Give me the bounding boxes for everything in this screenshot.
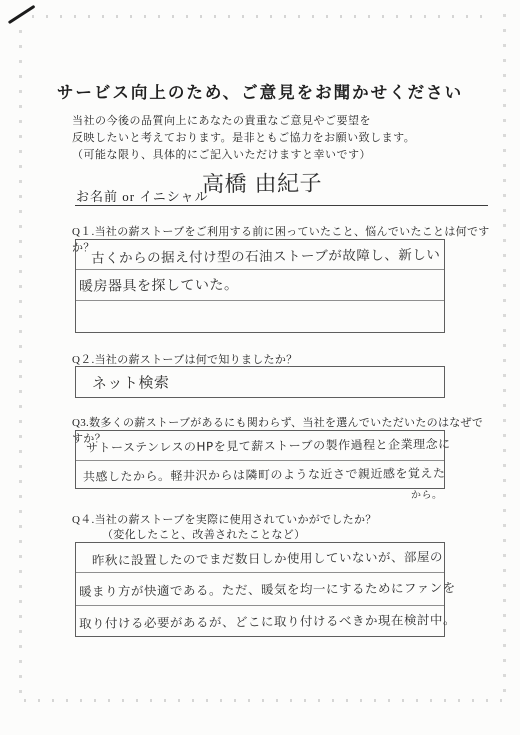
name-field-label: お名前 or イニシャル	[76, 186, 209, 205]
form-title: サービス向上のため、ご意見をお聞かせください	[0, 79, 520, 103]
answer-row: 古くからの据え付け型の石油ストーブが故障し、新しい	[76, 240, 444, 270]
answer-row: 共感したから。軽井沢からは隣町のような近さで親近感を覚えた から。	[76, 461, 444, 488]
question-4-sublabel: （変化したこと、改善されたことなど）	[102, 526, 482, 542]
question-4-answer-box: 昨秋に設置したのでまだ数日しか使用していないが、部屋の 暖まり方が快適である。た…	[75, 542, 445, 637]
question-3-answer-line-2: 共感したから。軽井沢からは隣町のような近さで親近感を覚えた	[76, 464, 446, 485]
intro-line-1: 当社の今後の品質向上にあなたの貴重なご意見やご要望を	[72, 113, 415, 130]
answer-row-empty	[76, 301, 444, 331]
edge-marks-right	[503, 14, 506, 696]
form-intro: 当社の今後の品質向上にあなたの貴重なご意見やご要望を 反映したいと考えております…	[72, 113, 415, 164]
name-field-underline	[75, 205, 488, 206]
edge-marks-top	[32, 15, 494, 18]
question-3-answer-box: サトーステンレスのHPを見て薪ストーブの製作過程と企業理念に 共感したから。軽井…	[75, 430, 445, 489]
question-4-answer-line-2: 暖まり方が快適である。ただ、暖気を均一にするためにファンを	[76, 578, 456, 600]
answer-row: ネット検索	[76, 367, 444, 397]
question-2-answer-line-1: ネット検索	[76, 371, 170, 393]
answer-row: 暖まり方が快適である。ただ、暖気を均一にするためにファンを	[76, 573, 444, 606]
name-field-value: 高橋 由紀子	[202, 166, 322, 198]
question-2-label: Q２.当社の薪ストーブは何で知りましたか？	[72, 351, 492, 367]
question-4-answer-line-3: 取り付ける必要があるが、どこに取り付けるべきか現在検討中。	[76, 610, 456, 632]
edge-marks-left	[19, 30, 22, 695]
answer-row: サトーステンレスのHPを見て薪ストーブの製作過程と企業理念に	[76, 431, 444, 461]
question-3-answer-line-1: サトーステンレスのHPを見て薪ストーブの製作過程と企業理念に	[76, 435, 451, 456]
question-1-answer-box: 古くからの据え付け型の石油ストーブが故障し、新しい 暖房器具を探していた。	[75, 239, 445, 333]
answer-row: 取り付ける必要があるが、どこに取り付けるべきか現在検討中。	[76, 606, 444, 636]
question-2-answer-box: ネット検索	[75, 366, 445, 398]
question-4-answer-line-1: 昨秋に設置したのでまだ数日しか使用していないが、部屋の	[76, 547, 443, 569]
intro-line-3: （可能な限り、具体的にご記入いただけますと幸いです）	[72, 147, 415, 164]
scanned-questionnaire-page: サービス向上のため、ご意見をお聞かせください 当社の今後の品質向上にあなたの貴重…	[0, 0, 520, 735]
edge-marks-bottom	[24, 699, 507, 702]
question-1-answer-line-2: 暖房器具を探していた。	[76, 274, 239, 296]
question-4-label: Q４.当社の薪ストーブを実際に使用されていかがでしたか？	[72, 511, 492, 527]
answer-row: 昨秋に設置したのでまだ数日しか使用していないが、部屋の	[76, 543, 444, 573]
question-1-answer-line-1: 古くからの据え付け型の石油ストーブが故障し、新しい	[76, 243, 441, 267]
answer-row: 暖房器具を探していた。	[76, 270, 444, 301]
intro-line-2: 反映したいと考えております。是非ともご協力をお願い致します。	[72, 130, 415, 147]
question-3-answer-overflow: から。	[410, 486, 442, 501]
